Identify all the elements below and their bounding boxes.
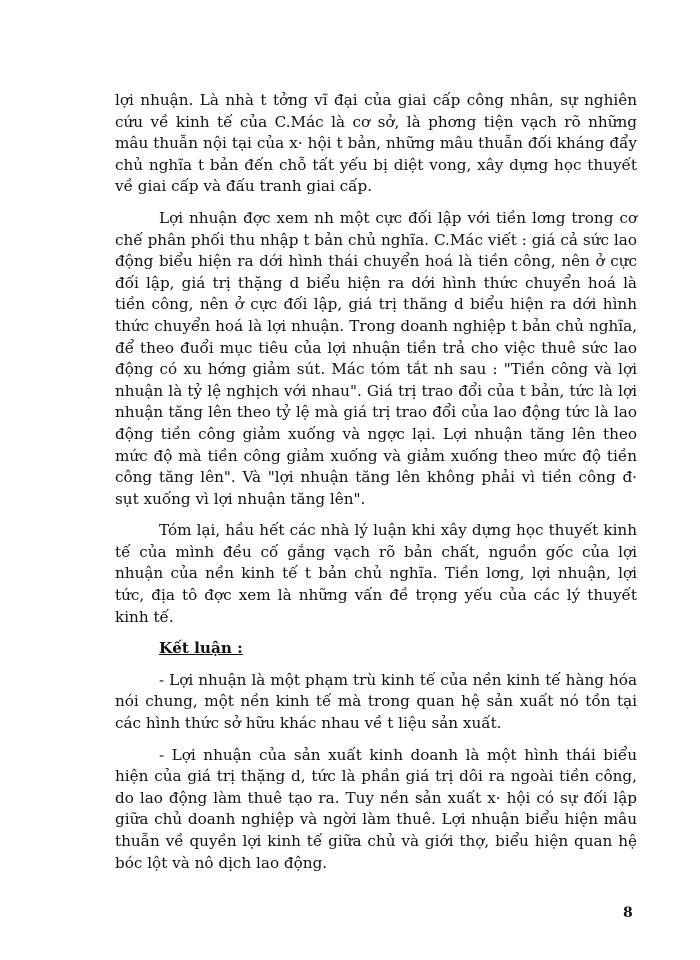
paragraph-3: Tóm lại, hầu hết các nhà lý luận khi xây…	[115, 520, 637, 628]
conclusion-heading: Kết luận :	[159, 638, 637, 660]
document-page: lợi nhuận. Là nhà t tởng vĩ đại của giai…	[115, 90, 637, 884]
page-number: 8	[623, 905, 633, 921]
conclusion-item-1: - Lợi nhuận là một phạm trù kinh tế của …	[115, 670, 637, 735]
conclusion-item-2: - Lợi nhuận của sản xuất kinh doanh là m…	[115, 745, 637, 875]
paragraph-2: Lợi nhuận đợc xem nh một cực đối lập với…	[115, 208, 637, 510]
paragraph-1: lợi nhuận. Là nhà t tởng vĩ đại của giai…	[115, 90, 637, 198]
